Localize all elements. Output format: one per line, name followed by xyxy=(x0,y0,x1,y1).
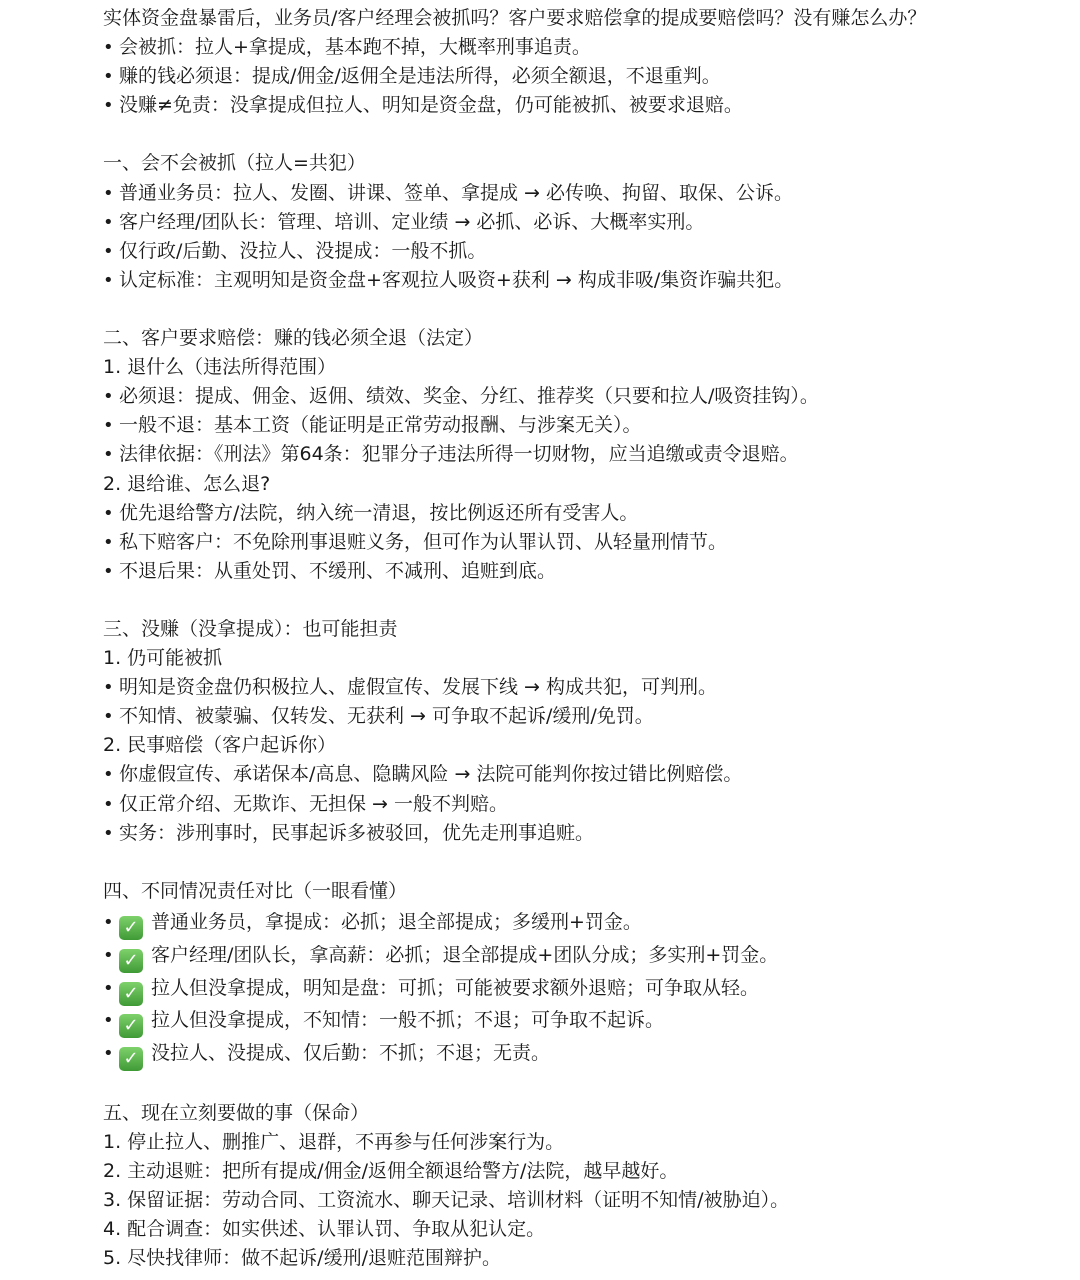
section-heading: 四、不同情况责任对比（一眼看懂） xyxy=(103,877,1063,906)
action-item: 2. 主动退赃：把所有提成/佣金/返佣全额退给警方/法院，越早越好。 xyxy=(103,1157,1063,1186)
list-item: 普通业务员：拉人、发圈、讲课、签单、拿提成 → 必传唤、拘留、取保、公诉。 xyxy=(103,179,1063,208)
summary-item: 会被抓：拉人+拿提成，基本跑不掉，大概率刑事追责。 xyxy=(103,33,1063,62)
list-item: 客户经理/团队长：管理、培训、定业绩 → 必抓、必诉、大概率实刑。 xyxy=(103,208,1063,237)
action-item: 1. 停止拉人、删推广、退群，不再参与任何涉案行为。 xyxy=(103,1128,1063,1157)
comparison-text: 拉人但没拿提成，明知是盘：可抓；可能被要求额外退赔；可争取从轻。 xyxy=(151,977,759,999)
comparison-item: ✓拉人但没拿提成，明知是盘：可抓；可能被要求额外退赔；可争取从轻。 xyxy=(103,972,1063,1005)
subheading: 1. 退什么（违法所得范围） xyxy=(103,353,1063,382)
comparison-text: 普通业务员，拿提成：必抓；退全部提成；多缓刑+罚金。 xyxy=(151,911,642,933)
section-heading: 三、没赚（没拿提成）：也可能担责 xyxy=(103,615,1063,644)
list-item: 实务：涉刑事时，民事起诉多被驳回，优先走刑事追赃。 xyxy=(103,819,1063,848)
comparison-text: 拉人但没拿提成，不知情：一般不抓；不退；可争取不起诉。 xyxy=(151,1009,664,1031)
list-item: 仅正常介绍、无欺诈、无担保 → 一般不判赔。 xyxy=(103,790,1063,819)
check-mark-icon: ✓ xyxy=(119,982,143,1006)
summary-item: 赚的钱必须退：提成/佣金/返佣全是违法所得，必须全额退，不退重判。 xyxy=(103,62,1063,91)
subheading: 2. 退给谁、怎么退? xyxy=(103,470,1063,499)
spacer xyxy=(103,120,1063,149)
spacer xyxy=(103,586,1063,615)
summary-item: 没赚≠免责：没拿提成但拉人、明知是资金盘，仍可能被抓、被要求退赔。 xyxy=(103,91,1063,120)
section-heading: 五、现在立刻要做的事（保命） xyxy=(103,1099,1063,1128)
spacer xyxy=(103,295,1063,324)
list-item: 优先退给警方/法院，纳入统一清退，按比例返还所有受害人。 xyxy=(103,499,1063,528)
spacer xyxy=(103,1070,1063,1099)
document: 实体资金盘暴雷后，业务员/客户经理会被抓吗？客户要求赔偿拿的提成要赔偿吗？没有赚… xyxy=(103,4,1063,1274)
check-mark-icon: ✓ xyxy=(119,949,143,973)
list-item: 不退后果：从重处罚、不缓刑、不减刑、追赃到底。 xyxy=(103,557,1063,586)
comparison-item: ✓拉人但没拿提成，不知情：一般不抓；不退；可争取不起诉。 xyxy=(103,1004,1063,1037)
list-item: 必须退：提成、佣金、返佣、绩效、奖金、分红、推荐奖（只要和拉人/吸资挂钩）。 xyxy=(103,382,1063,411)
section-heading: 一、会不会被抓（拉人=共犯） xyxy=(103,149,1063,178)
subheading: 2. 民事赔偿（客户起诉你） xyxy=(103,731,1063,760)
comparison-item: ✓客户经理/团队长，拿高薪：必抓；退全部提成+团队分成；多实刑+罚金。 xyxy=(103,939,1063,972)
document-title: 实体资金盘暴雷后，业务员/客户经理会被抓吗？客户要求赔偿拿的提成要赔偿吗？没有赚… xyxy=(103,4,1063,33)
action-item: 5. 尽快找律师：做不起诉/缓刑/退赃范围辩护。 xyxy=(103,1244,1063,1273)
list-item: 不知情、被蒙骗、仅转发、无获利 → 可争取不起诉/缓刑/免罚。 xyxy=(103,702,1063,731)
spacer xyxy=(103,848,1063,877)
list-item: 你虚假宣传、承诺保本/高息、隐瞒风险 → 法院可能判你按过错比例赔偿。 xyxy=(103,760,1063,789)
comparison-item: ✓普通业务员，拿提成：必抓；退全部提成；多缓刑+罚金。 xyxy=(103,906,1063,939)
subheading: 1. 仍可能被抓 xyxy=(103,644,1063,673)
list-item: 法律依据：《刑法》第64条：犯罪分子违法所得一切财物，应当追缴或责令退赔。 xyxy=(103,440,1063,469)
section-heading: 二、客户要求赔偿：赚的钱必须全退（法定） xyxy=(103,324,1063,353)
action-item: 3. 保留证据：劳动合同、工资流水、聊天记录、培训材料（证明不知情/被胁迫）。 xyxy=(103,1186,1063,1215)
check-mark-icon: ✓ xyxy=(119,1047,143,1071)
list-item: 明知是资金盘仍积极拉人、虚假宣传、发展下线 → 构成共犯，可判刑。 xyxy=(103,673,1063,702)
check-mark-icon: ✓ xyxy=(119,916,143,940)
check-mark-icon: ✓ xyxy=(119,1014,143,1038)
list-item: 认定标准：主观明知是资金盘+客观拉人吸资+获利 → 构成非吸/集资诈骗共犯。 xyxy=(103,266,1063,295)
comparison-text: 客户经理/团队长，拿高薪：必抓；退全部提成+团队分成；多实刑+罚金。 xyxy=(151,944,778,966)
list-item: 一般不退：基本工资（能证明是正常劳动报酬、与涉案无关）。 xyxy=(103,411,1063,440)
action-item: 4. 配合调查：如实供述、认罪认罚、争取从犯认定。 xyxy=(103,1215,1063,1244)
list-item: 仅行政/后勤、没拉人、没提成：一般不抓。 xyxy=(103,237,1063,266)
comparison-text: 没拉人、没提成、仅后勤：不抓；不退；无责。 xyxy=(151,1042,550,1064)
list-item: 私下赔客户：不免除刑事退赃义务，但可作为认罪认罚、从轻量刑情节。 xyxy=(103,528,1063,557)
comparison-item: ✓没拉人、没提成、仅后勤：不抓；不退；无责。 xyxy=(103,1037,1063,1070)
